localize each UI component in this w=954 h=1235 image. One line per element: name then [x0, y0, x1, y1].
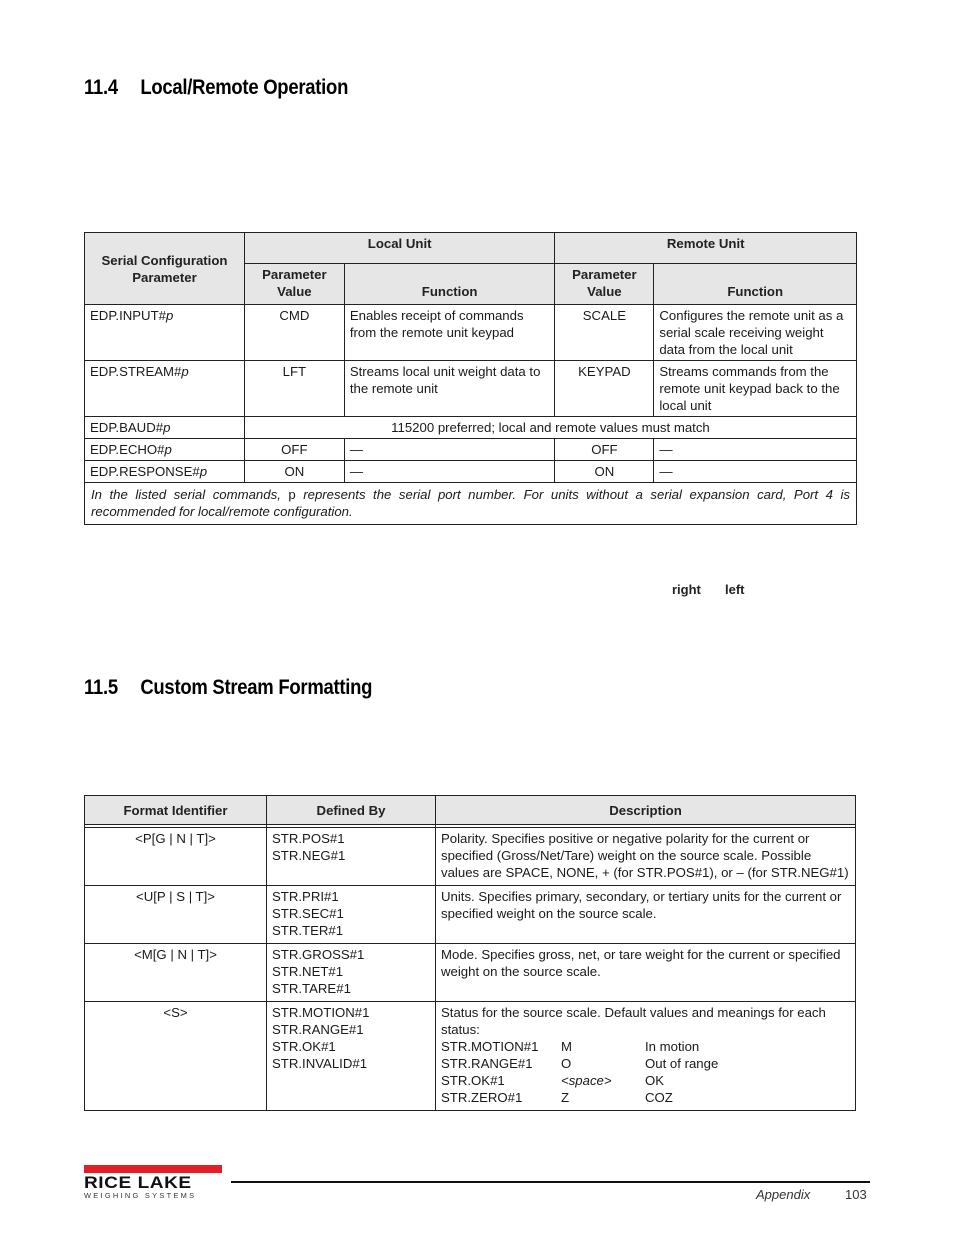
remote-value-cell: KEYPAD — [555, 361, 654, 417]
defined-by-cell: STR.MOTION#1 STR.RANGE#1 STR.OK#1 STR.IN… — [267, 1002, 436, 1111]
logo-subtitle: WEIGHING SYSTEMS — [84, 1191, 222, 1201]
remote-function-cell: — — [654, 461, 857, 483]
format-identifier-cell: <M[G | N | T]> — [85, 944, 267, 1002]
text-marker-right: right — [672, 582, 701, 597]
format-identifier-cell: <P[G | N | T]> — [85, 828, 267, 886]
format-identifier-cell: <S> — [85, 1002, 267, 1111]
description-cell: Status for the source scale. Default val… — [436, 1002, 856, 1111]
defined-by-cell: STR.POS#1 STR.NEG#1 — [267, 828, 436, 886]
rice-lake-logo: RICE LAKE WEIGHING SYSTEMS — [84, 1165, 222, 1201]
local-value-cell: LFT — [244, 361, 344, 417]
remote-function-cell: Streams commands from the remote unit ke… — [654, 361, 857, 417]
table-row: <P[G | N | T]> STR.POS#1 STR.NEG#1 Polar… — [85, 828, 856, 886]
header-description: Description — [436, 796, 856, 825]
footer-divider — [231, 1181, 870, 1183]
table-row: <S> STR.MOTION#1 STR.RANGE#1 STR.OK#1 ST… — [85, 1002, 856, 1111]
table-row: EDP.INPUT#p CMD Enables receipt of comma… — [85, 305, 857, 361]
table-note: In the listed serial commands, p represe… — [85, 483, 857, 525]
param-cell: EDP.BAUD#p — [85, 417, 245, 439]
local-value-cell: ON — [244, 461, 344, 483]
local-value-cell: OFF — [244, 439, 344, 461]
description-cell: Units. Specifies primary, secondary, or … — [436, 886, 856, 944]
param-cell: EDP.RESPONSE#p — [85, 461, 245, 483]
param-cell: EDP.STREAM#p — [85, 361, 245, 417]
param-cell: EDP.ECHO#p — [85, 439, 245, 461]
header-serial-config: Serial Configuration Parameter — [85, 233, 245, 305]
header-remote-function: Function — [654, 264, 857, 305]
remote-value-cell: OFF — [555, 439, 654, 461]
section-title-11-4: 11.4Local/Remote Operation — [84, 76, 348, 100]
param-cell: EDP.INPUT#p — [85, 305, 245, 361]
description-cell: Mode. Specifies gross, net, or tare weig… — [436, 944, 856, 1002]
status-values-list: STR.MOTION#1MIn motion STR.RANGE#1OOut o… — [441, 1038, 850, 1106]
section-heading: Custom Stream Formatting — [140, 676, 372, 699]
footer-section-name: Appendix — [756, 1187, 810, 1202]
header-local-parameter-value: Parameter Value — [244, 264, 344, 305]
defined-by-cell: STR.GROSS#1 STR.NET#1 STR.TARE#1 — [267, 944, 436, 1002]
section-title-11-5: 11.5Custom Stream Formatting — [84, 676, 372, 700]
remote-function-cell: Configures the remote unit as a serial s… — [654, 305, 857, 361]
format-identifier-cell: <U[P | S | T]> — [85, 886, 267, 944]
local-function-cell: — — [344, 461, 555, 483]
remote-value-cell: SCALE — [555, 305, 654, 361]
header-remote-parameter-value: Parameter Value — [555, 264, 654, 305]
stream-format-table: Format Identifier Defined By Description… — [84, 795, 856, 1111]
defined-by-cell: STR.PRI#1 STR.SEC#1 STR.TER#1 — [267, 886, 436, 944]
description-cell: Polarity. Specifies positive or negative… — [436, 828, 856, 886]
local-function-cell: Enables receipt of commands from the rem… — [344, 305, 555, 361]
header-local-unit: Local Unit — [244, 233, 555, 264]
page-number: 103 — [845, 1187, 867, 1202]
text-marker-left: left — [725, 582, 745, 597]
logo-brand: RICE LAKE — [84, 1175, 239, 1191]
table-row: EDP.STREAM#p LFT Streams local unit weig… — [85, 361, 857, 417]
local-function-cell: Streams local unit weight data to the re… — [344, 361, 555, 417]
status-description: Status for the source scale. Default val… — [441, 1004, 850, 1038]
section-number: 11.5 — [84, 676, 140, 700]
table-row: EDP.BAUD#p 115200 preferred; local and r… — [85, 417, 857, 439]
local-remote-table: Serial Configuration Parameter Local Uni… — [84, 232, 857, 525]
local-function-cell: — — [344, 439, 555, 461]
section-heading: Local/Remote Operation — [140, 76, 348, 99]
header-defined-by: Defined By — [267, 796, 436, 825]
section-number: 11.4 — [84, 76, 140, 100]
spanning-value-cell: 115200 preferred; local and remote value… — [244, 417, 856, 439]
remote-value-cell: ON — [555, 461, 654, 483]
header-remote-unit: Remote Unit — [555, 233, 857, 264]
logo-red-bar — [84, 1165, 222, 1173]
table-row: EDP.RESPONSE#p ON — ON — — [85, 461, 857, 483]
remote-function-cell: — — [654, 439, 857, 461]
table-row: EDP.ECHO#p OFF — OFF — — [85, 439, 857, 461]
table-row: <M[G | N | T]> STR.GROSS#1 STR.NET#1 STR… — [85, 944, 856, 1002]
header-local-function: Function — [344, 264, 555, 305]
header-format-identifier: Format Identifier — [85, 796, 267, 825]
table-note-row: In the listed serial commands, p represe… — [85, 483, 857, 525]
local-value-cell: CMD — [244, 305, 344, 361]
table-row: <U[P | S | T]> STR.PRI#1 STR.SEC#1 STR.T… — [85, 886, 856, 944]
